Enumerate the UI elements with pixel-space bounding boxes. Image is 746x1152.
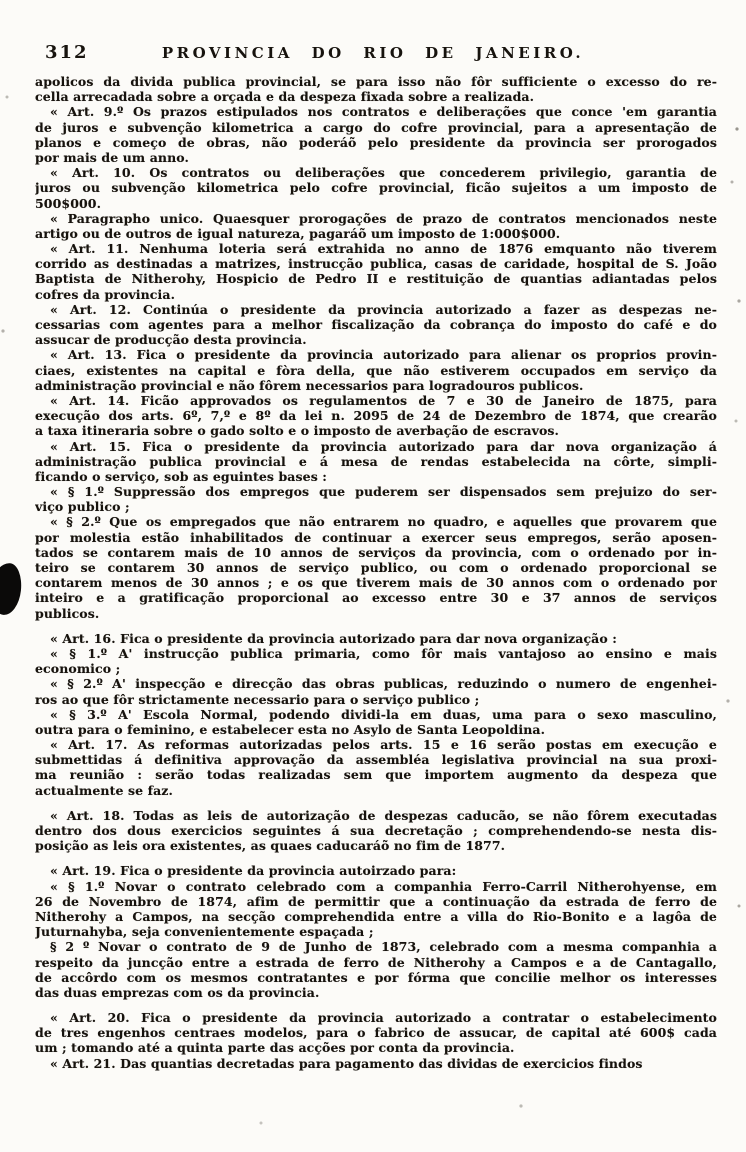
paragraph: « Art. 13. Fica o presidente da provinci… xyxy=(35,347,717,393)
text-line: a taxa itineraria sobre o gado solto e o… xyxy=(35,423,717,438)
text-line: « § 1.º A' instrucção publica primaria, … xyxy=(35,646,717,661)
text-line: actualmente se faz. xyxy=(35,783,717,798)
text-line: respeito da juncção entre a estrada de f… xyxy=(35,955,717,970)
paragraph: § 2 º Novar o contrato de 9 de Junho de … xyxy=(35,939,717,1000)
paragraph: « § 2.º Que os empregados que não entrar… xyxy=(35,514,717,620)
text-line: Nitherohy a Campos, na secção comprehend… xyxy=(35,909,717,924)
text-line: de juros e subvenção kilometrica a cargo… xyxy=(35,120,717,135)
text-line: « Art. 11. Nenhuma loteria será extrahid… xyxy=(35,241,717,256)
text-line: outra para o feminino, e estabelecer est… xyxy=(35,722,717,737)
text-line: Baptista de Nitherohy, Hospicio de Pedro… xyxy=(35,271,717,286)
text-line: artigo ou de outros de igual natureza, p… xyxy=(35,226,717,241)
text-line: « Art. 12. Continúa o presidente da prov… xyxy=(35,302,717,317)
paragraph: « Art. 20. Fica o presidente da provinci… xyxy=(35,1010,717,1056)
paragraph: « Art. 9.º Os prazos estipulados nos con… xyxy=(35,104,717,165)
running-title: PROVINCIA DO RIO DE JANEIRO. xyxy=(0,44,746,62)
text-line: « Art. 16. Fica o presidente da provinci… xyxy=(35,631,717,646)
text-line: de tres engenhos centraes modelos, para … xyxy=(35,1025,717,1040)
text-line: por molestia estão inhabilitados de cont… xyxy=(35,530,717,545)
text-line: 500$000. xyxy=(35,196,717,211)
text-line: submettidas á definitiva approvação da a… xyxy=(35,752,717,767)
text-line: apolicos da divida publica provincial, s… xyxy=(35,74,717,89)
text-line: « Art. 17. As reformas autorizadas pelos… xyxy=(35,737,717,752)
text-line: « § 2.º Que os empregados que não entrar… xyxy=(35,514,717,529)
text-line: posição as leis ora existentes, as quaes… xyxy=(35,838,717,853)
text-line: inteiro e a gratificação proporcional ao… xyxy=(35,590,717,605)
scanned-document-page: 312 PROVINCIA DO RIO DE JANEIRO. apolico… xyxy=(0,0,746,1152)
scan-speckles xyxy=(0,0,2,2)
paragraph: « Art. 17. As reformas autorizadas pelos… xyxy=(35,737,717,798)
paragraph: « § 1.º Suppressão dos empregos que pude… xyxy=(35,484,717,514)
paragraph: « § 1.º Novar o contrato celebrado com a… xyxy=(35,879,717,940)
text-line: ficando o serviço, sob as eguintes bases… xyxy=(35,469,717,484)
paragraph: apolicos da divida publica provincial, s… xyxy=(35,74,717,104)
text-line: juros ou subvenção kilometrica pelo cofr… xyxy=(35,180,717,195)
text-line: cella arrecadada sobre a orçada e da des… xyxy=(35,89,717,104)
text-line: 26 de Novembro de 1874, afim de permitti… xyxy=(35,894,717,909)
paragraph: « § 3.º A' Escola Normal, podendo dividi… xyxy=(35,707,717,737)
text-line: « Paragrapho unico. Quaesquer prorogaçõe… xyxy=(35,211,717,226)
text-line: « Art. 15. Fica o presidente da provinci… xyxy=(35,439,717,454)
text-line: cessarias com agentes para a melhor fisc… xyxy=(35,317,717,332)
text-line: « § 1.º Suppressão dos empregos que pude… xyxy=(35,484,717,499)
paragraph: « Art. 15. Fica o presidente da provinci… xyxy=(35,439,717,485)
text-line: dentro dos dous exercicios seguintes á s… xyxy=(35,823,717,838)
text-line: « Art. 10. Os contratos ou deliberações … xyxy=(35,165,717,180)
paragraph: « § 1.º A' instrucção publica primaria, … xyxy=(35,646,717,676)
text-line: ciaes, existentes na capital e fòra dell… xyxy=(35,363,717,378)
paragraph: « Art. 14. Ficão approvados os regulamen… xyxy=(35,393,717,439)
paragraph: « Art. 12. Continúa o presidente da prov… xyxy=(35,302,717,348)
text-line: planos e começo de obras, não poderáõ pe… xyxy=(35,135,717,150)
text-line: contarem menos de 30 annos ; e os que ti… xyxy=(35,575,717,590)
text-line: administração publica provincial e á mes… xyxy=(35,454,717,469)
text-line: economico ; xyxy=(35,661,717,676)
paragraph: « Art. 10. Os contratos ou deliberações … xyxy=(35,165,717,211)
ink-blob xyxy=(0,562,24,617)
text-line: « Art. 13. Fica o presidente da provinci… xyxy=(35,347,717,362)
text-line: um ; tomando até a quinta parte das acçõ… xyxy=(35,1040,717,1055)
paragraph: « Paragrapho unico. Quaesquer prorogaçõe… xyxy=(35,211,717,241)
text-line: das duas emprezas com os da provincia. xyxy=(35,985,717,1000)
text-line: viço publico ; xyxy=(35,499,717,514)
page-body: apolicos da divida publica provincial, s… xyxy=(35,74,717,1071)
text-line: « Art. 14. Ficão approvados os regulamen… xyxy=(35,393,717,408)
text-line: por mais de um anno. xyxy=(35,150,717,165)
text-line: corrido as destinadas a matrizes, instru… xyxy=(35,256,717,271)
text-line: « § 1.º Novar o contrato celebrado com a… xyxy=(35,879,717,894)
text-line: « Art. 9.º Os prazos estipulados nos con… xyxy=(35,104,717,119)
text-line: ma reunião : serão todas realizadas sem … xyxy=(35,767,717,782)
paragraph: « Art. 19. Fica o presidente da provinci… xyxy=(35,863,717,878)
text-line: « Art. 18. Todas as leis de autorização … xyxy=(35,808,717,823)
text-line: de accôrdo com os mesmos contratantes e … xyxy=(35,970,717,985)
text-line: publicos. xyxy=(35,606,717,621)
text-line: Juturnahyba, seja convenientemente espaç… xyxy=(35,924,717,939)
text-line: tados se contarem mais de 10 annos de se… xyxy=(35,545,717,560)
text-line: cofres da provincia. xyxy=(35,287,717,302)
text-line: « § 2.º A' inspecção e direcção das obra… xyxy=(35,676,717,691)
text-line: teiro se contarem 30 annos de serviço pu… xyxy=(35,560,717,575)
text-line: execução dos arts. 6º, 7,º e 8º da lei n… xyxy=(35,408,717,423)
text-line: « § 3.º A' Escola Normal, podendo dividi… xyxy=(35,707,717,722)
text-line: ros ao que fôr strictamente necessario p… xyxy=(35,692,717,707)
text-line: administração provincial e não fôrem nec… xyxy=(35,378,717,393)
text-line: assucar de producção desta provincia. xyxy=(35,332,717,347)
paragraph: « Art. 11. Nenhuma loteria será extrahid… xyxy=(35,241,717,302)
text-line: « Art. 21. Das quantias decretadas para … xyxy=(35,1056,717,1071)
text-line: « Art. 19. Fica o presidente da provinci… xyxy=(35,863,717,878)
paragraph: « Art. 16. Fica o presidente da provinci… xyxy=(35,631,717,646)
text-line: « Art. 20. Fica o presidente da provinci… xyxy=(35,1010,717,1025)
paragraph: « § 2.º A' inspecção e direcção das obra… xyxy=(35,676,717,706)
text-line: § 2 º Novar o contrato de 9 de Junho de … xyxy=(35,939,717,954)
paragraph: « Art. 21. Das quantias decretadas para … xyxy=(35,1056,717,1071)
paragraph: « Art. 18. Todas as leis de autorização … xyxy=(35,808,717,854)
